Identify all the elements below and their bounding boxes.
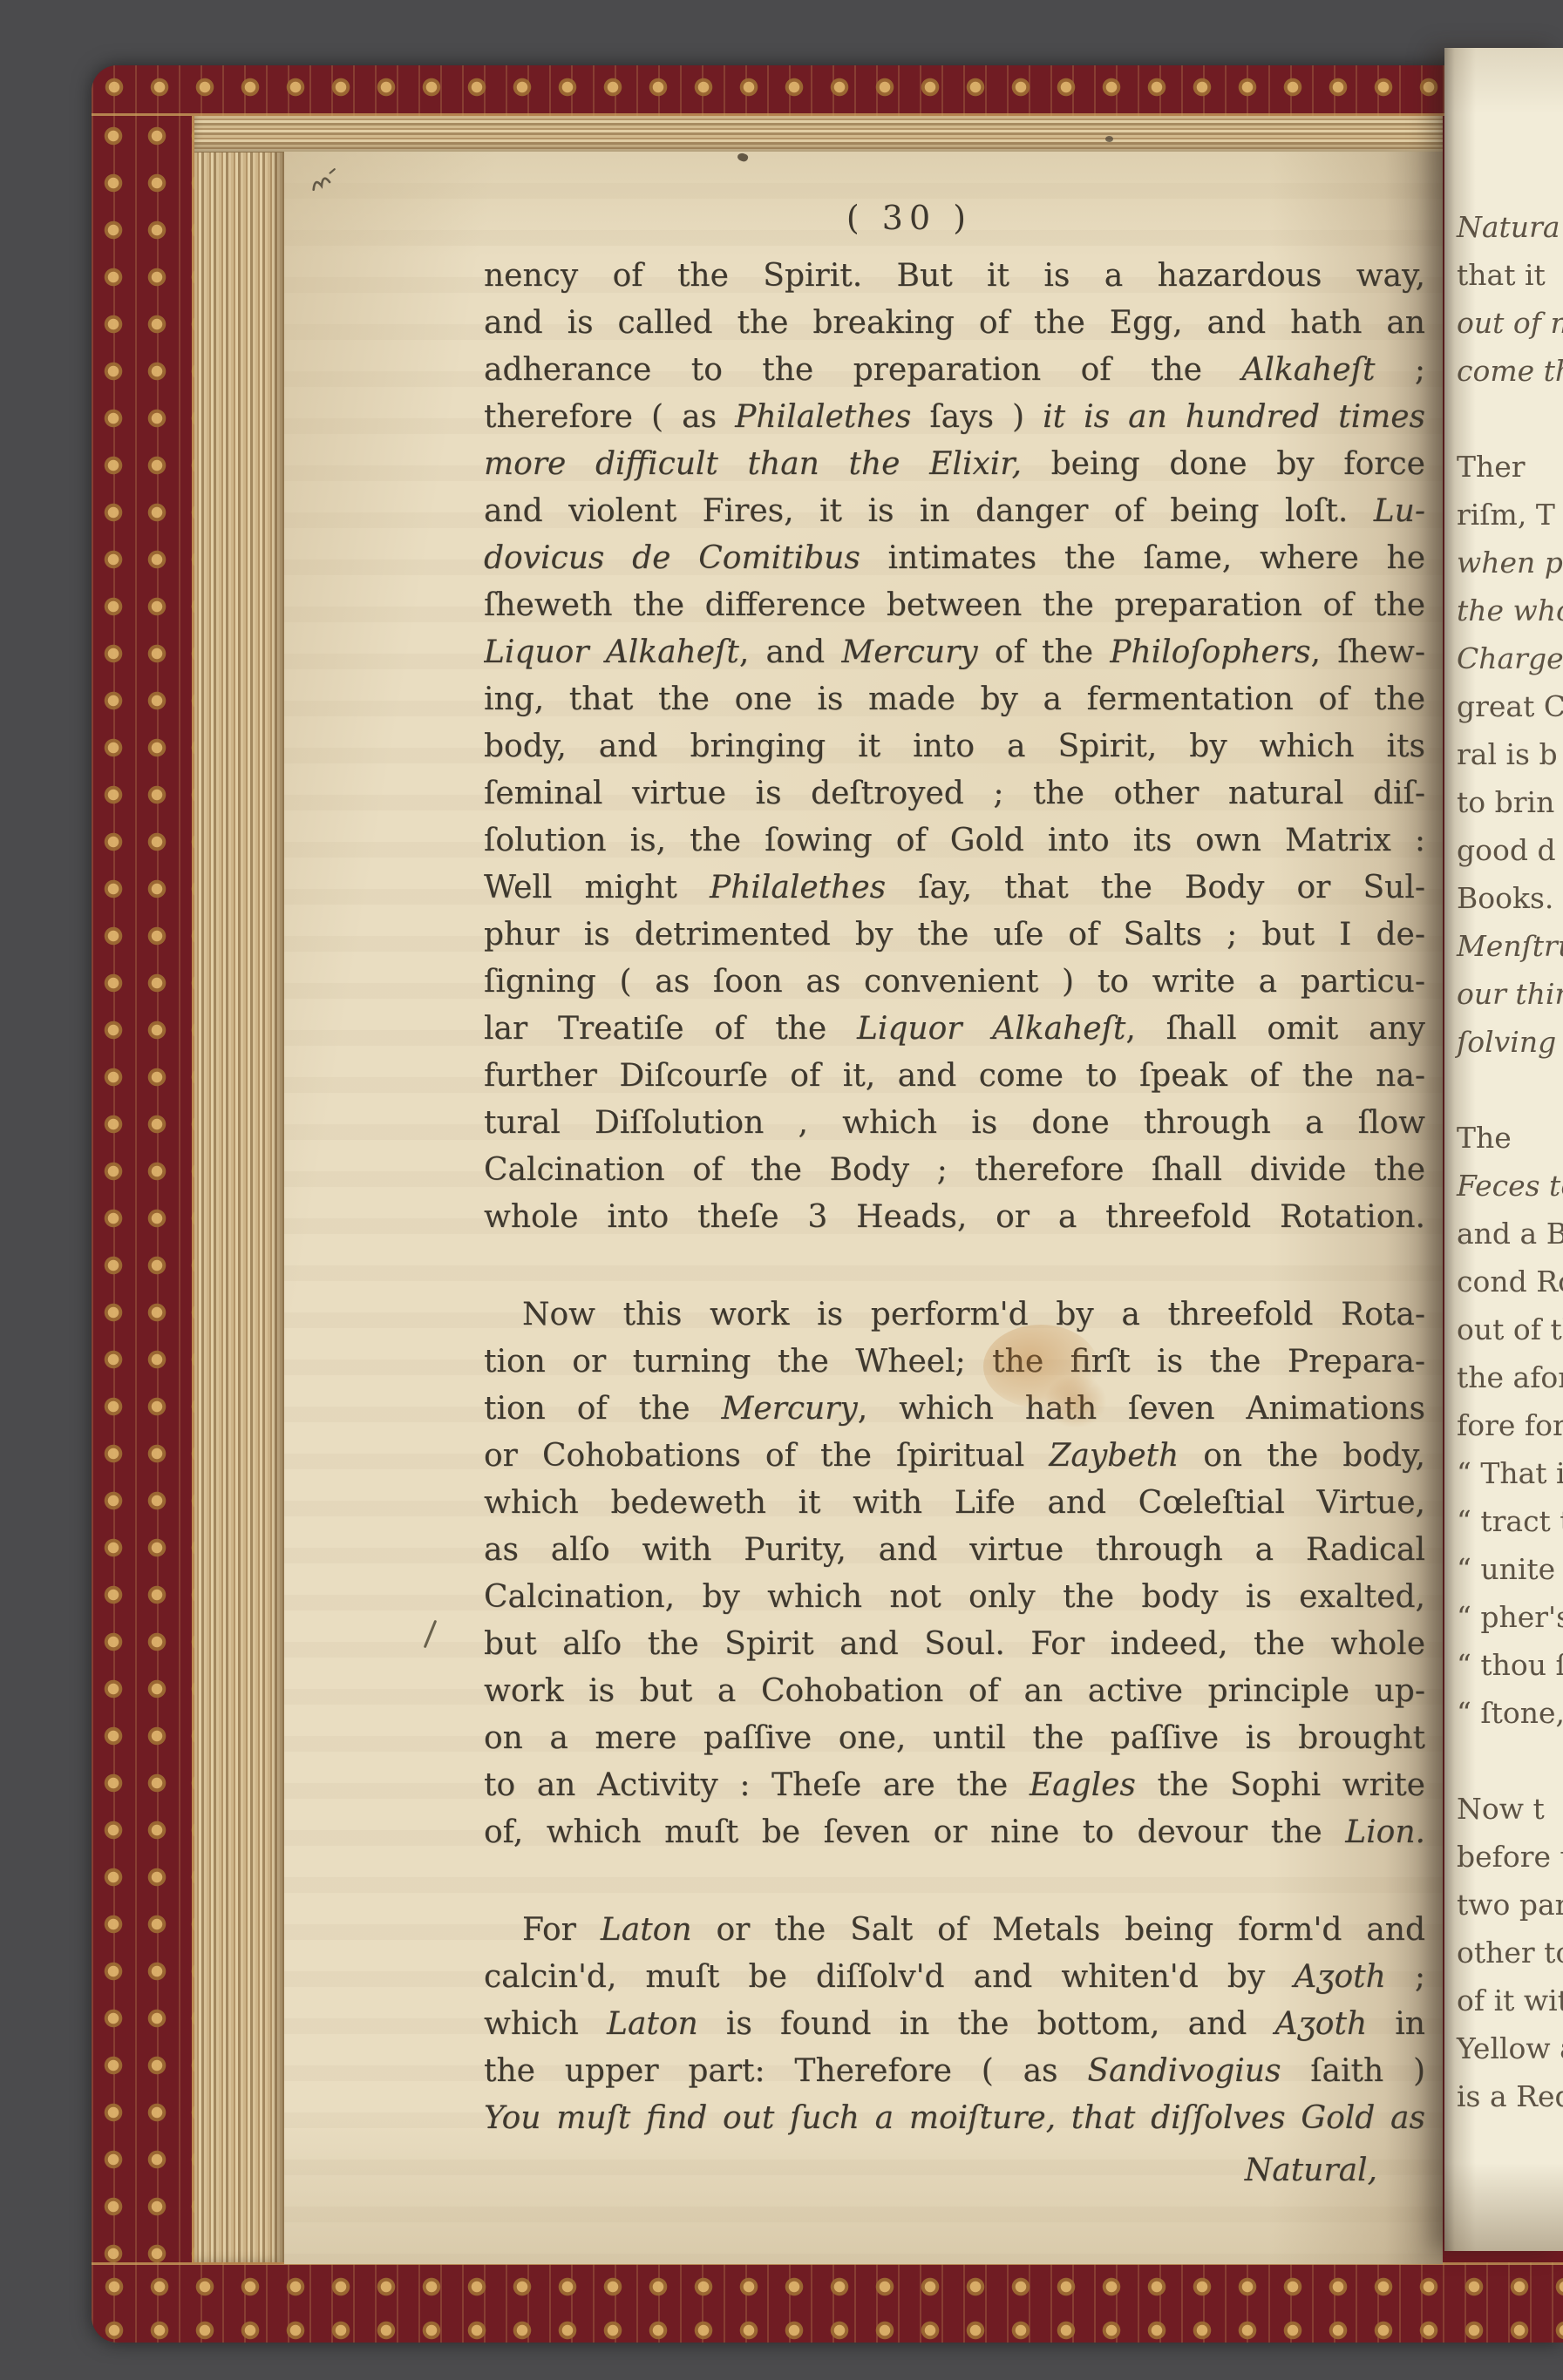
- catchword: Natural,: [484, 2147, 1425, 2194]
- next-page-edge: Naturathat itout of ncome th Therriſm, T…: [1444, 48, 1563, 2251]
- text-line: more difficult than the Elixir, being do…: [484, 441, 1425, 488]
- right-page-line: “ thou ſh: [1457, 1641, 1563, 1689]
- text-line: and violent Fires, it is in danger of be…: [484, 488, 1425, 535]
- text-line: ſigning ( as ſoon as convenient ) to wri…: [484, 959, 1425, 1006]
- text-line: on a mere paſſive one, until the paſſive…: [484, 1715, 1425, 1762]
- right-page-line: out of n: [1457, 299, 1563, 347]
- text-line: as alſo with Purity, and virtue through …: [484, 1527, 1425, 1574]
- text-line: of, which muſt be ſeven or nine to devou…: [484, 1809, 1425, 1856]
- gilt-border-left: [92, 65, 194, 2343]
- text-line: Calcination, by which not only the body …: [484, 1574, 1425, 1621]
- text-line: therefore ( as Philalethes ſays ) it is …: [484, 394, 1425, 441]
- right-page-line: when pr: [1457, 539, 1563, 587]
- gilt-border-top: [92, 65, 1444, 116]
- right-page-line: ral is b: [1457, 730, 1563, 778]
- gilt-border-bottom: [92, 2262, 1563, 2343]
- text-line: Liquor Alkaheſt, and Mercury of the Phil…: [484, 629, 1425, 676]
- right-page-line: Books.: [1457, 874, 1563, 922]
- right-page-line: before th: [1457, 1833, 1563, 1881]
- text-line: to an Activity : Theſe are the Eagles th…: [484, 1762, 1425, 1809]
- text-line: For Laton or the Salt of Metals being fo…: [484, 1907, 1425, 1954]
- text-line: dovicus de Comitibus intimates the ſame,…: [484, 535, 1425, 582]
- right-page-line: Ther: [1457, 443, 1563, 491]
- text-line: Now this work is perform'd by a threefol…: [484, 1292, 1425, 1339]
- right-page-line: other to: [1457, 1929, 1563, 1977]
- right-page-line: “ unite: [1457, 1545, 1563, 1593]
- right-page-line: and a Bl: [1457, 1210, 1563, 1258]
- right-page-line: [1457, 395, 1563, 443]
- right-page-line: “ ſtone,: [1457, 1689, 1563, 1737]
- text-line: work is but a Cohobation of an active pr…: [484, 1668, 1425, 1715]
- text-line: body, and bringing it into a Spirit, by …: [484, 723, 1425, 770]
- text-line: which Laton is found in the bottom, and …: [484, 2001, 1425, 2048]
- text-line: You muſt find out ſuch a moiſture, that …: [484, 2095, 1425, 2142]
- book-page: ( 30 ) nency of the Spirit. But it is a …: [284, 152, 1443, 2264]
- rust-stain: [1044, 1374, 1107, 1428]
- text-line: ſolution is, the ſowing of Gold into its…: [484, 817, 1425, 865]
- right-page-line: to brin: [1457, 778, 1563, 826]
- right-page-line: [1457, 1737, 1563, 1785]
- right-page-line: Menſtru: [1457, 922, 1563, 970]
- text-block: nency of the Spirit. But it is a hazardo…: [484, 253, 1425, 2142]
- right-page-line: Charge,: [1457, 634, 1563, 682]
- right-page-line: two parts: [1457, 1881, 1563, 1929]
- right-page-line: “ tract t: [1457, 1497, 1563, 1545]
- right-page-line: “ pher's: [1457, 1593, 1563, 1641]
- text-line: tion or turning the Wheel; the firſt is …: [484, 1339, 1425, 1386]
- text-line: phur is detrimented by the uſe of Salts …: [484, 912, 1425, 959]
- text-line: the upper part: Therefore ( as Sandivogi…: [484, 2048, 1425, 2095]
- right-page-line: the who: [1457, 587, 1563, 634]
- right-page-line: out of th: [1457, 1305, 1563, 1353]
- photo-backdrop: ( 30 ) nency of the Spirit. But it is a …: [0, 0, 1563, 2380]
- right-page-line: “ That i: [1457, 1449, 1563, 1497]
- right-page-line: riſm, T: [1457, 491, 1563, 539]
- page-stack-fore-edge-top: [194, 116, 1443, 153]
- right-page-line: the afore: [1457, 1353, 1563, 1401]
- ink-fleck: [1105, 136, 1113, 142]
- right-page-line: good d: [1457, 826, 1563, 874]
- right-page-line: Feces tot: [1457, 1162, 1563, 1210]
- text-line: and is called the breaking of the Egg, a…: [484, 300, 1425, 347]
- right-page-line: Yellow an: [1457, 2024, 1563, 2072]
- page-number: ( 30 ): [438, 195, 1380, 241]
- text-line: nency of the Spirit. But it is a hazardo…: [484, 253, 1425, 300]
- text-line: calcin'd, muſt be diſſolv'd and whiten'd…: [484, 1954, 1425, 2001]
- text-line: tion of the Mercury, which hath ſeven An…: [484, 1386, 1425, 1433]
- right-page-line: Natura: [1457, 203, 1563, 251]
- text-line: Calcination of the Body ; therefore ſhal…: [484, 1147, 1425, 1194]
- text-line: adherance to the preparation of the Alka…: [484, 347, 1425, 394]
- right-page-line: The: [1457, 1114, 1563, 1162]
- text-line: whole into theſe 3 Heads, or a threefold…: [484, 1194, 1425, 1241]
- right-page-line: come th: [1457, 347, 1563, 395]
- text-line: ing, that the one is made by a fermentat…: [484, 676, 1425, 723]
- right-page-line: that it: [1457, 251, 1563, 299]
- text-line: which bedeweth it with Life and Cœleſtia…: [484, 1480, 1425, 1527]
- right-page-line: Now t: [1457, 1785, 1563, 1833]
- right-page-line: our thir: [1457, 970, 1563, 1018]
- text-line: ſeminal virtue is deſtroyed ; the other …: [484, 770, 1425, 817]
- text-line: lar Treatiſe of the Liquor Alkaheſt, ſha…: [484, 1006, 1425, 1053]
- page-stack-fore-edge-left: [194, 116, 284, 2262]
- right-page-line: [1457, 1066, 1563, 1114]
- right-page-text: Naturathat itout of ncome th Therriſm, T…: [1444, 48, 1563, 2120]
- right-page-line: cond Ro: [1457, 1258, 1563, 1305]
- right-page-line: of it wit: [1457, 1977, 1563, 2024]
- text-line: or Cohobations of the ſpiritual Zaybeth …: [484, 1433, 1425, 1480]
- right-page-line: ſolving t: [1457, 1018, 1563, 1066]
- text-line: tural Diſſolution , which is done throug…: [484, 1100, 1425, 1147]
- right-page-line: fore for: [1457, 1401, 1563, 1449]
- text-line: Well might Philalethes ſay, that the Bod…: [484, 865, 1425, 912]
- text-line: further Diſcourſe of it, and come to ſpe…: [484, 1053, 1425, 1100]
- right-page-line: great C: [1457, 682, 1563, 730]
- right-page-line: is a Red f: [1457, 2072, 1563, 2120]
- text-line: ſheweth the difference between the prepa…: [484, 582, 1425, 629]
- text-line: but alſo the Spirit and Soul. For indeed…: [484, 1621, 1425, 1668]
